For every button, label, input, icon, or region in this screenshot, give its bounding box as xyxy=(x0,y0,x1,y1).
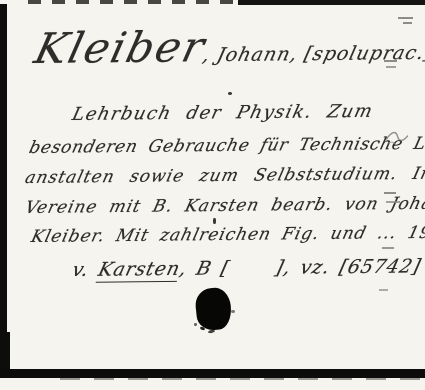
scan-border-bottom xyxy=(0,369,425,378)
scan-border-top-dashed xyxy=(28,0,245,4)
scan-border-left-foot xyxy=(0,332,10,372)
scan-mark xyxy=(386,201,400,203)
scan-mark xyxy=(384,192,396,194)
scan-mark xyxy=(382,247,394,249)
ink-speck xyxy=(208,329,215,333)
cross-reference-line: v. Karsten, B [], vz. [65742] xyxy=(70,255,423,281)
cross-reference-mid: , B [ xyxy=(177,257,232,280)
scan-mark xyxy=(379,289,388,291)
title-line-4: Vereine mit B. Karsten bearb. von Johann xyxy=(23,193,425,218)
cross-reference-prefix: v. xyxy=(70,259,91,281)
title-line-1: Lehrbuch der Physik. Zum xyxy=(70,101,376,125)
title-line-3: anstalten sowie zum Selbststudium. Im xyxy=(23,164,425,188)
scan-border-bottom-haze xyxy=(60,378,425,380)
referenced-author-name: Karsten xyxy=(96,258,183,283)
stray-ink-dot xyxy=(228,92,232,95)
author-surname: Kleiber xyxy=(30,22,211,73)
scan-border-left xyxy=(0,4,7,370)
author-note: , Johann, [spoluprac.] xyxy=(201,42,425,66)
ink-speck xyxy=(200,326,206,331)
scan-mark xyxy=(386,66,396,68)
cross-reference-suffix: ], vz. [65742] xyxy=(273,255,423,279)
ink-blot xyxy=(194,286,233,331)
scan-mark xyxy=(403,22,412,24)
catalog-card-scan: Kleiber, Johann, [spoluprac.] Lehrbuch d… xyxy=(0,0,425,390)
scan-border-top xyxy=(238,0,425,5)
ink-speck xyxy=(194,323,197,326)
stray-ink-dot xyxy=(213,218,216,224)
ink-speck xyxy=(231,310,235,313)
title-line-5: Kleiber. Mit zahlreichen Fig. und ... 19… xyxy=(29,223,425,247)
scan-mark xyxy=(398,17,413,19)
author-heading: Kleiber, Johann, [spoluprac.] xyxy=(30,20,425,73)
title-line-2: besonderen Gebrauche für Technische Lehr… xyxy=(27,133,425,158)
scan-mark xyxy=(384,60,397,62)
